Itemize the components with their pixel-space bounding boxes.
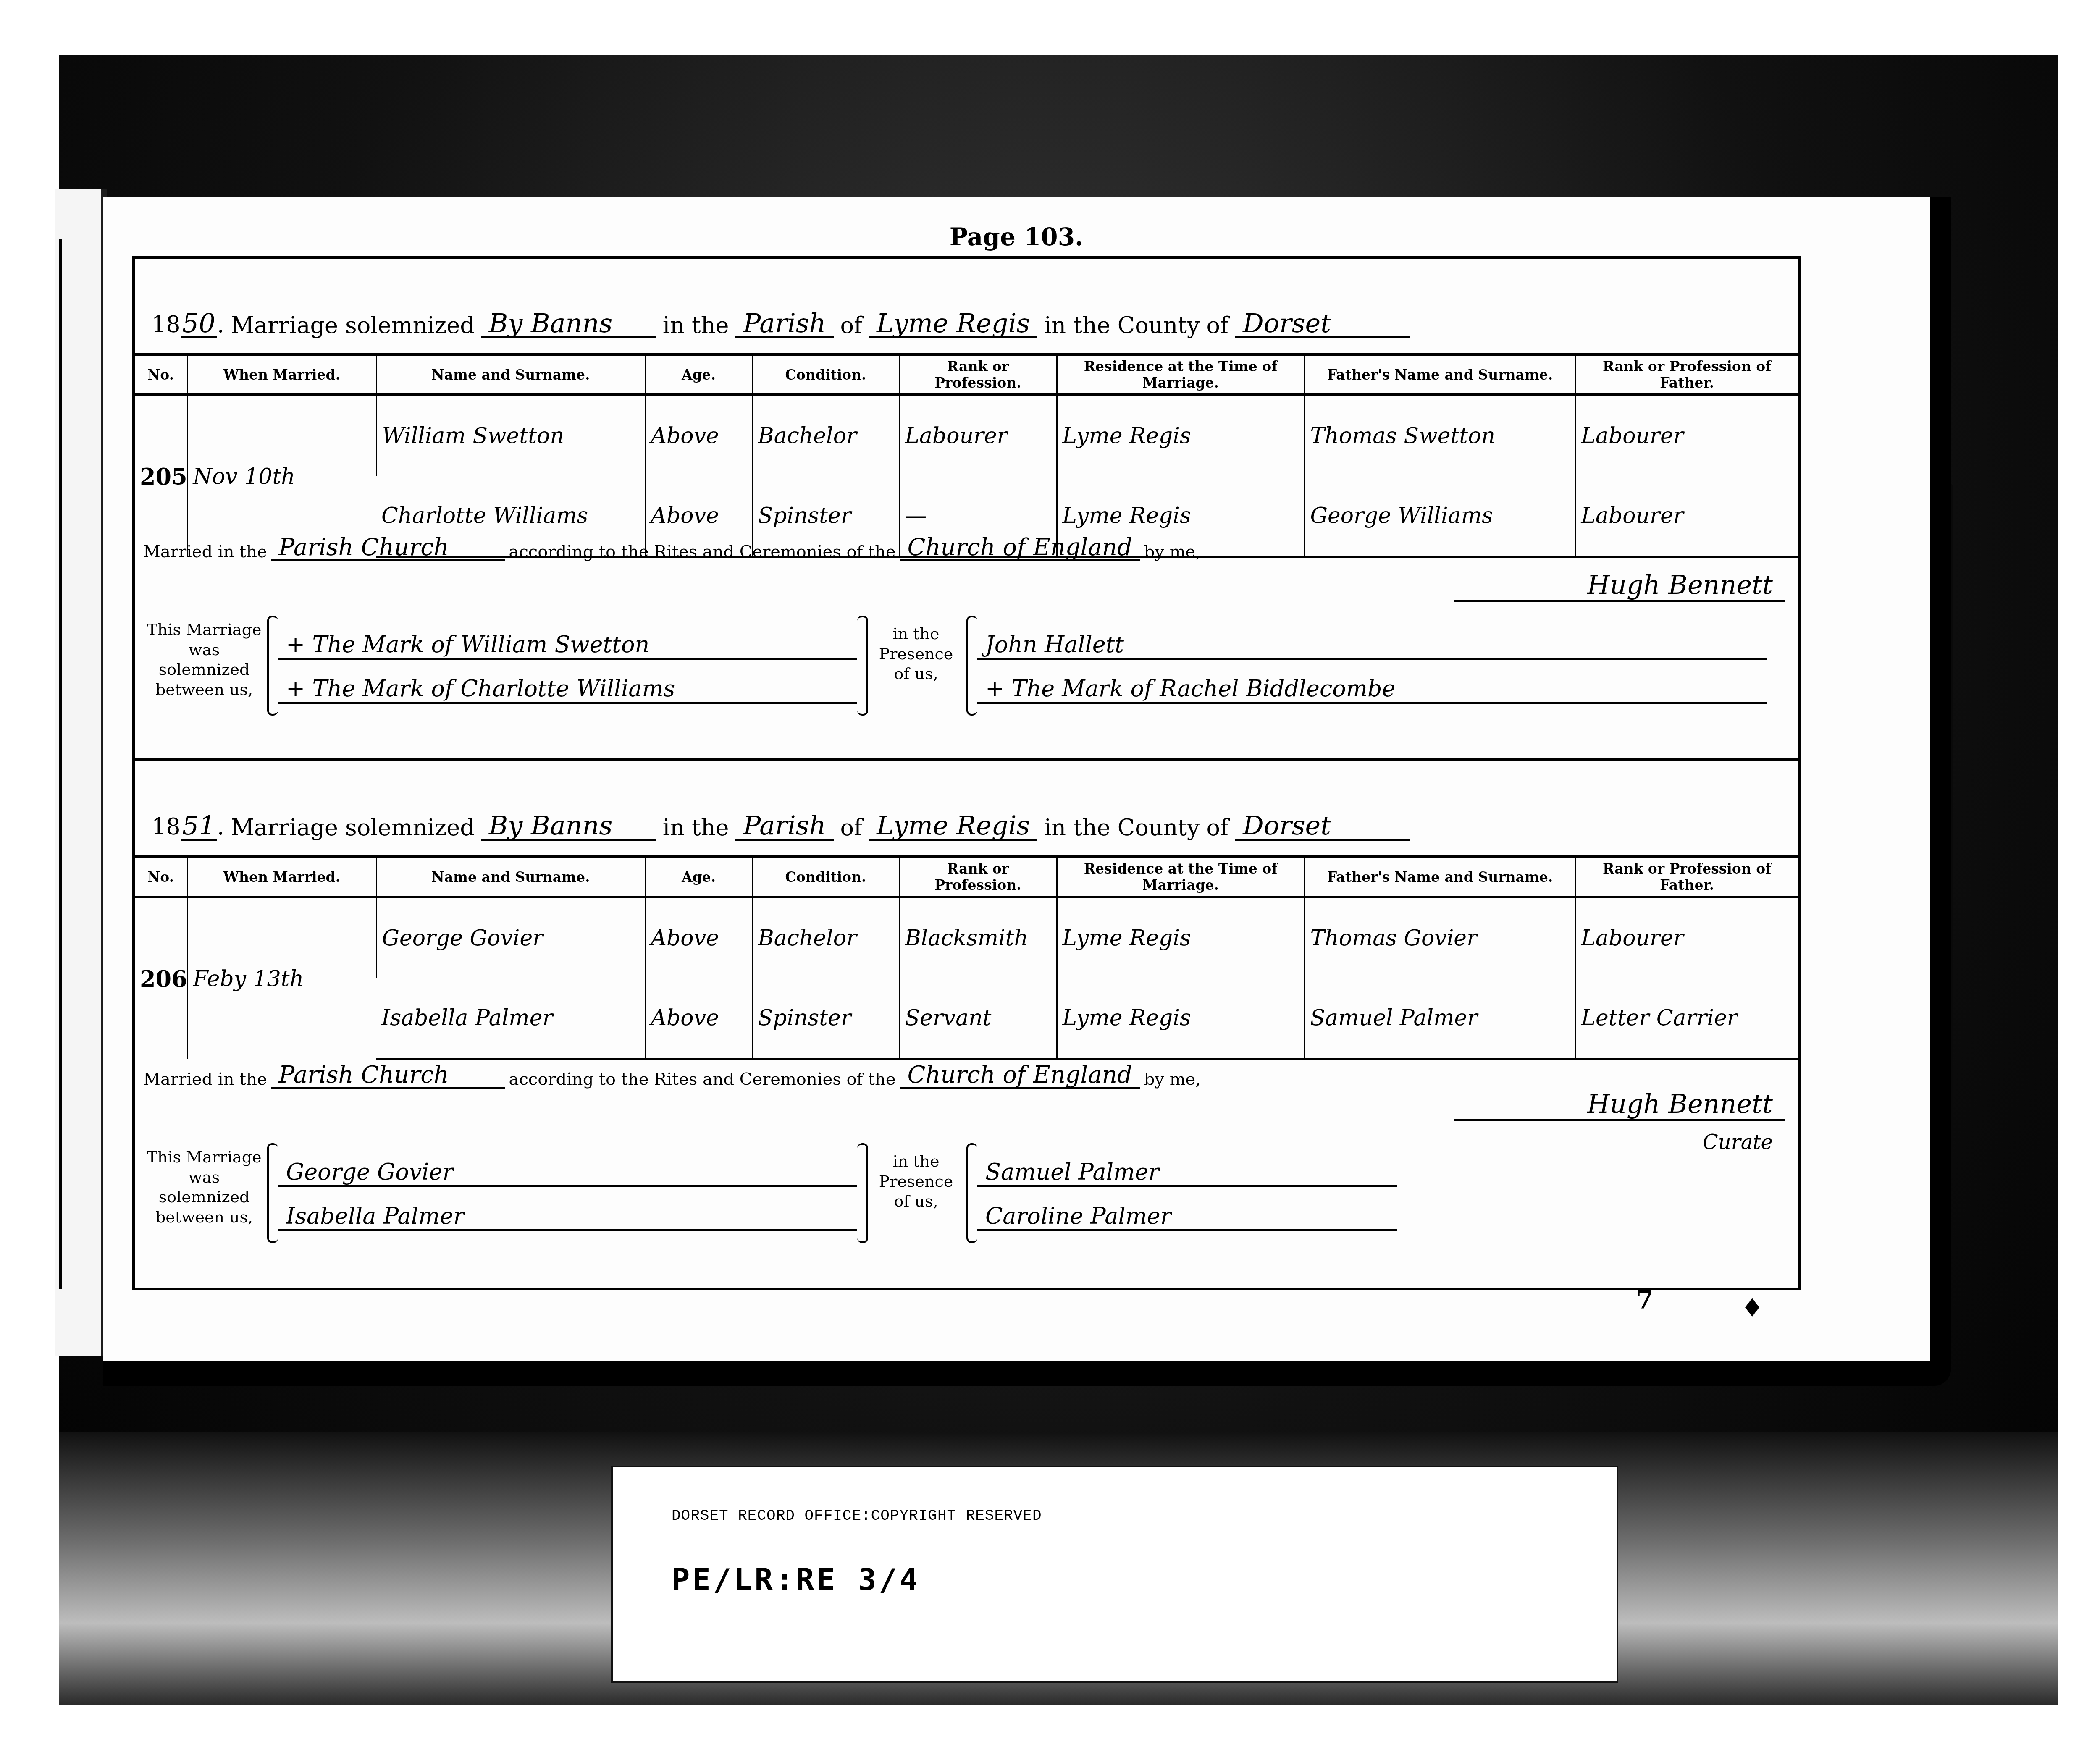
married-in-place: Parish Church (271, 536, 505, 561)
ink-blot-icon: ♦ (1741, 1293, 1764, 1323)
brace (857, 616, 868, 716)
groom-name: George Govier (376, 897, 645, 978)
of-label: of (1206, 312, 1228, 338)
year-suffix: 51 (181, 813, 217, 841)
married-in-label: Married in the (143, 1070, 267, 1089)
marriage-entry-205: 1850. Marriage solemnized By Banns in th… (135, 259, 1798, 761)
col-father-rank: Rank or Profession of Father. (1575, 857, 1798, 897)
brace (857, 1143, 868, 1243)
signatures-block: This Marriage was solemnized between us,… (143, 1131, 1781, 1256)
bride-residence: Lyme Regis (1057, 978, 1305, 1059)
marriage-date: Feby 13th (187, 897, 376, 1059)
bride-age: Above (645, 978, 752, 1059)
entry-number: 205 (135, 395, 187, 557)
marriage-date: Nov 10th (187, 395, 376, 557)
left-page-frame (59, 239, 69, 1289)
in-the-label: in the (663, 814, 729, 841)
groom-residence: Lyme Regis (1057, 897, 1305, 978)
col-residence: Residence at the Time of Marriage. (1057, 857, 1305, 897)
county-label: in the County (1044, 312, 1200, 338)
place-type: Parish (735, 310, 833, 338)
col-name: Name and Surname. (376, 354, 645, 395)
witness-signatures: Samuel Palmer Caroline Palmer (977, 1143, 1397, 1231)
col-condition: Condition. (752, 354, 899, 395)
officiant-signature: Hugh Bennett (1454, 1089, 1785, 1121)
table-row: 206 Feby 13th George Govier Above Bachel… (135, 897, 1798, 978)
entry-table: No. When Married. Name and Surname. Age.… (135, 353, 1798, 558)
county-label: in the County (1044, 814, 1200, 841)
solemnized-between-label: This Marriage was solemnized between us, (143, 1147, 265, 1227)
entry-table: No. When Married. Name and Surname. Age.… (135, 855, 1798, 1060)
groom-age: Above (645, 395, 752, 476)
party-signature: + The Mark of Charlotte Williams (278, 660, 857, 704)
groom-name: William Swetton (376, 395, 645, 476)
witness-signatures: John Hallett + The Mark of Rachel Biddle… (977, 616, 1767, 704)
groom-father-rank: Labourer (1575, 897, 1798, 978)
of-label: of (1206, 814, 1228, 841)
presence-label: in the Presence of us, (874, 1152, 958, 1212)
signatures-block: This Marriage was solemnized between us,… (143, 603, 1781, 729)
party-signature: + The Mark of William Swetton (278, 616, 857, 660)
married-in-line: Married in the Parish Church according t… (143, 536, 1781, 561)
brace (267, 1143, 278, 1243)
col-father-rank: Rank or Profession of Father. (1575, 354, 1798, 395)
in-the-label: in the (663, 312, 729, 338)
col-name: Name and Surname. (376, 857, 645, 897)
rites-label: according to the Rites and Ceremonies of… (509, 542, 896, 561)
rites-of: Church of England (900, 1063, 1140, 1089)
col-age: Age. (645, 354, 752, 395)
groom-condition: Bachelor (752, 395, 899, 476)
married-in-place: Parish Church (271, 1063, 505, 1089)
bride-name: Isabella Palmer (376, 978, 645, 1059)
bride-rank: Servant (899, 978, 1057, 1059)
entry-heading: 1850. Marriage solemnized By Banns in th… (152, 275, 1781, 338)
solemnized-label: Marriage solemnized (231, 312, 475, 338)
groom-father-rank: Labourer (1575, 395, 1798, 476)
groom-father: Thomas Govier (1305, 897, 1575, 978)
brace (966, 616, 977, 716)
solemnized-between-label: This Marriage was solemnized between us, (143, 620, 265, 700)
year-prefix: 18 (152, 311, 181, 338)
col-no: No. (135, 857, 187, 897)
col-when-married: When Married. (187, 857, 376, 897)
register-frame: 1850. Marriage solemnized By Banns in th… (132, 256, 1801, 1290)
presence-label: in the Presence of us, (874, 624, 958, 684)
table-row: 205 Nov 10th William Swetton Above Bache… (135, 395, 1798, 476)
solemnized-by: By Banns (481, 813, 656, 841)
col-father: Father's Name and Surname. (1305, 857, 1575, 897)
rites-label: according to the Rites and Ceremonies of… (509, 1070, 896, 1089)
entry-heading: 1851. Marriage solemnized By Banns in th… (152, 778, 1781, 841)
col-rank: Rank or Profession. (899, 354, 1057, 395)
party-signature: George Govier (278, 1143, 857, 1187)
table-row: Isabella Palmer Above Spinster Servant L… (135, 978, 1798, 1059)
witness-signature: John Hallett (977, 616, 1767, 660)
groom-condition: Bachelor (752, 897, 899, 978)
solemnized-label: Marriage solemnized (231, 814, 475, 841)
party-signatures: George Govier Isabella Palmer (278, 1143, 857, 1231)
col-condition: Condition. (752, 857, 899, 897)
bride-condition: Spinster (752, 978, 899, 1059)
married-in-label: Married in the (143, 542, 267, 561)
groom-age: Above (645, 897, 752, 978)
bride-father: Samuel Palmer (1305, 978, 1575, 1059)
archive-label-card: DORSET RECORD OFFICE:COPYRIGHT RESERVED … (611, 1466, 1618, 1683)
by-me-label: by me, (1144, 542, 1201, 561)
witness-signature: + The Mark of Rachel Biddlecombe (977, 660, 1767, 704)
officiant-signature: Hugh Bennett (1454, 569, 1785, 602)
place-type: Parish (735, 813, 833, 841)
col-residence: Residence at the Time of Marriage. (1057, 354, 1305, 395)
column-header-row: No. When Married. Name and Surname. Age.… (135, 354, 1798, 395)
bride-father-rank: Letter Carrier (1575, 978, 1798, 1059)
witness-signature: Samuel Palmer (977, 1143, 1397, 1187)
register-page: Page 103. 1850. Marriage solemnized By B… (103, 197, 1951, 1386)
groom-father: Thomas Swetton (1305, 395, 1575, 476)
of-label: of (840, 814, 863, 841)
column-header-row: No. When Married. Name and Surname. Age.… (135, 857, 1798, 897)
page-number: Page 103. (103, 223, 1930, 251)
party-signatures: + The Mark of William Swetton + The Mark… (278, 616, 857, 704)
groom-rank: Labourer (899, 395, 1057, 476)
place: Lyme Regis (869, 310, 1037, 338)
party-signature: Isabella Palmer (278, 1187, 857, 1231)
brace (267, 616, 278, 716)
married-in-line: Married in the Parish Church according t… (143, 1063, 1781, 1089)
brace (966, 1143, 977, 1243)
by-me-label: by me, (1144, 1070, 1201, 1089)
col-father: Father's Name and Surname. (1305, 354, 1575, 395)
archive-reference: PE/LR:RE 3/4 (672, 1562, 920, 1597)
county: Dorset (1235, 310, 1410, 338)
col-age: Age. (645, 857, 752, 897)
entry-number: 206 (135, 897, 187, 1059)
place: Lyme Regis (869, 813, 1037, 841)
groom-residence: Lyme Regis (1057, 395, 1305, 476)
copyright-notice: DORSET RECORD OFFICE:COPYRIGHT RESERVED (672, 1507, 1042, 1524)
col-rank: Rank or Profession. (899, 857, 1057, 897)
witness-signature: Caroline Palmer (977, 1187, 1397, 1231)
col-no: No. (135, 354, 187, 395)
year-prefix: 18 (152, 813, 181, 840)
of-label: of (840, 312, 863, 338)
marriage-entry-206: 1851. Marriage solemnized By Banns in th… (135, 761, 1798, 1282)
groom-rank: Blacksmith (899, 897, 1057, 978)
year-suffix: 50 (181, 310, 217, 338)
solemnized-by: By Banns (481, 310, 656, 338)
col-when-married: When Married. (187, 354, 376, 395)
rites-of: Church of England (900, 536, 1140, 561)
margin-ink-mark: 7 (1636, 1285, 1654, 1314)
left-page-edge (55, 189, 107, 1356)
county: Dorset (1235, 813, 1410, 841)
